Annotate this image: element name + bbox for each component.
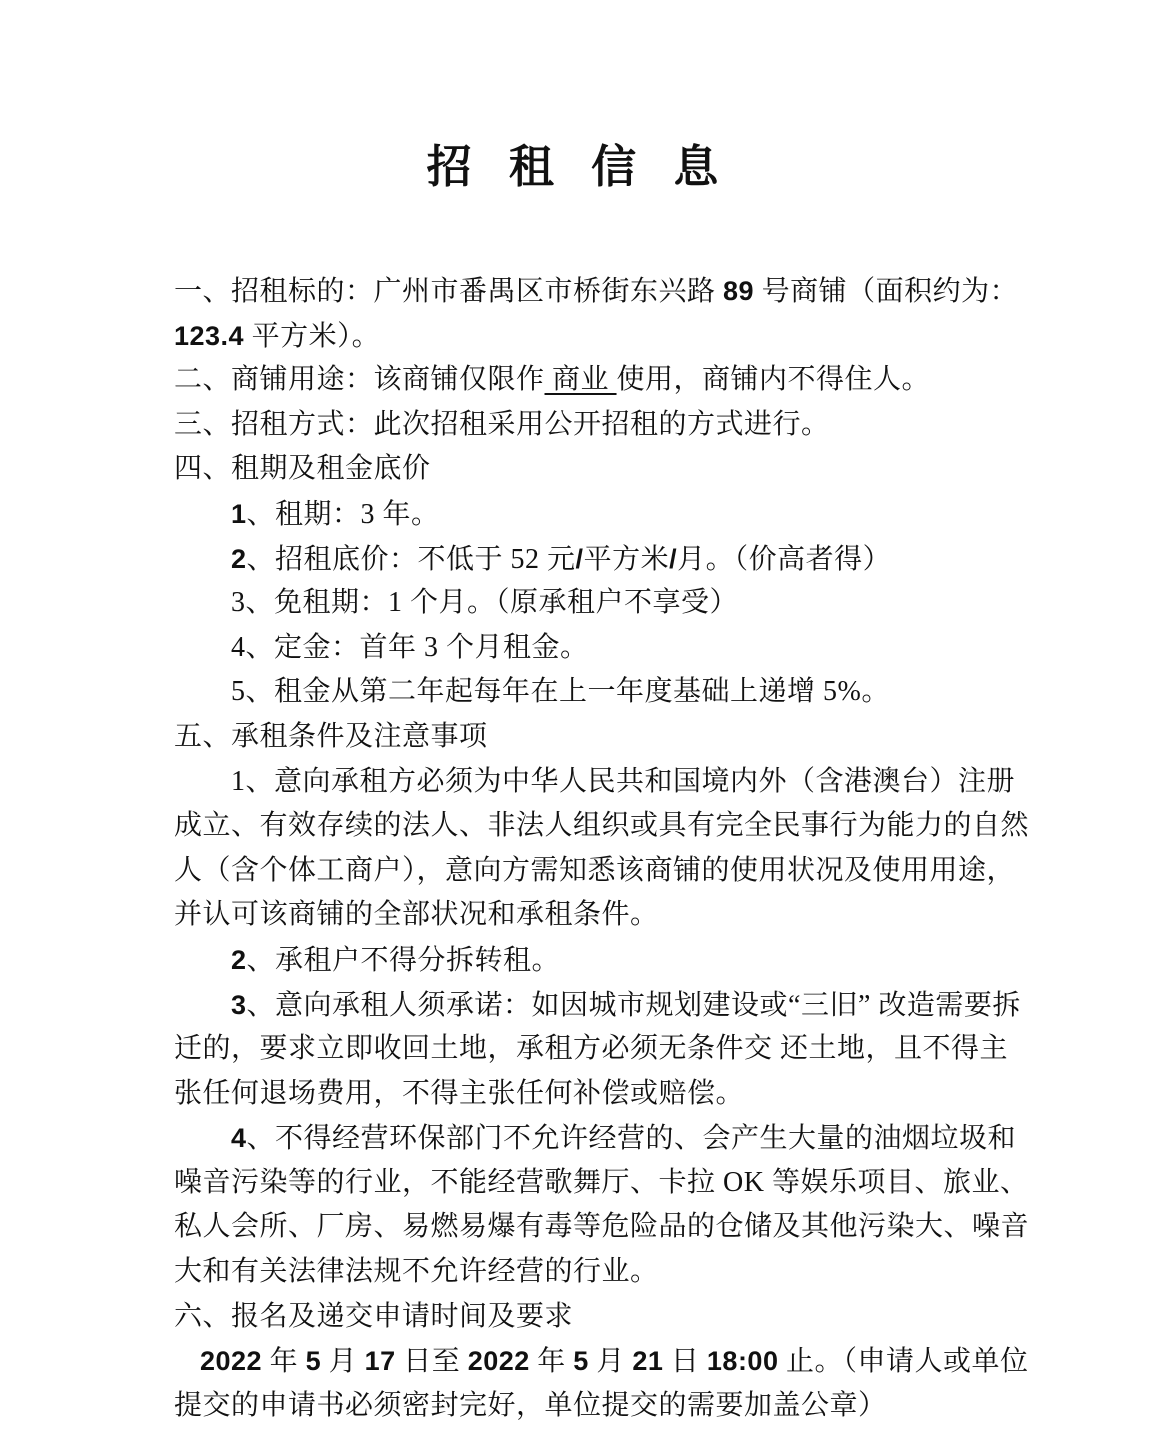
text-segment: 、租期：3 年。: [247, 499, 440, 530]
text-line: 1、意向承租方必须为中华人民共和国境内外（含港澳台）注册: [174, 760, 1012, 805]
text-line: 六、报名及递交申请时间及要求: [174, 1295, 1012, 1340]
text-segment: 5、租金从第二年起每年在上一年度基础上递增 5%。: [231, 676, 890, 707]
text-segment: 3、免租期：1 个月。（原承租户不享受）: [231, 587, 738, 618]
text-segment: 月: [589, 1346, 633, 1377]
text-line: 二、商铺用途：该商铺仅限作 商业 使用，商铺内不得住人。: [174, 358, 1012, 403]
text-segment: 迁的，要求立即收回土地，承租方必须无条件交 还土地，且不得主: [174, 1033, 1008, 1064]
text-segment: 月: [321, 1346, 365, 1377]
text-segment: 三、招租方式：此次招租采用公开招租的方式进行。: [174, 409, 830, 440]
text-line: 人（含个体工商户），意向方需知悉该商铺的使用状况及使用用途，: [174, 849, 1012, 894]
text-segment: 提交的申请书必须密封完好，单位提交的需要加盖公章）: [174, 1390, 887, 1421]
text-segment: 张任何退场费用，不得主张任何补偿或赔偿。: [174, 1078, 744, 1109]
text-line: 2、招租底价：不低于 52 元/平方米/月。（价高者得）: [174, 537, 1012, 582]
text-segment: 5: [573, 1346, 589, 1376]
text-line: 张任何退场费用，不得主张任何补偿或赔偿。: [174, 1072, 1012, 1117]
text-line: 五、承租条件及注意事项: [174, 715, 1012, 760]
text-segment: 一、招租标的：广州市番禺区市桥街东兴路: [174, 276, 723, 307]
text-segment: /: [669, 544, 677, 574]
document-page: 招 租 信 息 一、招租标的：广州市番禺区市桥街东兴路 89 号商铺（面积约为：…: [0, 0, 1158, 1429]
text-line: 一、招租标的：广州市番禺区市桥街东兴路 89 号商铺（面积约为：: [174, 269, 1012, 314]
text-line: 噪音污染等的行业，不能经营歌舞厅、卡拉 OK 等娱乐项目、旅业、: [174, 1161, 1012, 1206]
text-segment: 2022: [468, 1346, 530, 1376]
text-segment: 四、租期及租金底价: [174, 453, 431, 484]
text-segment: 2: [231, 544, 247, 574]
text-line: 4、定金：首年 3 个月租金。: [174, 626, 1012, 671]
text-segment: 2: [231, 945, 247, 975]
text-line: 并认可该商铺的全部状况和承租条件。: [174, 893, 1012, 938]
text-segment: 年: [530, 1346, 574, 1377]
text-segment: 3: [231, 990, 247, 1020]
text-line: 4、不得经营环保部门不允许经营的、会产生大量的油烟垃圾和: [174, 1116, 1012, 1161]
text-line: 2022 年 5 月 17 日至 2022 年 5 月 21 日 18:00 止…: [174, 1339, 1012, 1384]
text-segment: 、意向承租人须承诺：如因城市规划建设或“三旧” 改造需要拆: [247, 990, 1021, 1021]
document-title: 招 租 信 息: [0, 138, 1158, 196]
text-line: 提交的申请书必须密封完好，单位提交的需要加盖公章）: [174, 1384, 1012, 1429]
text-segment: 、承租户不得分拆转租。: [247, 945, 561, 976]
text-segment: 日: [663, 1346, 707, 1377]
text-segment: 号商铺（面积约为：: [754, 276, 1018, 307]
text-line: 四、租期及租金底价: [174, 447, 1012, 492]
text-line: 123.4 平方米）。: [174, 314, 1012, 359]
text-line: 3、意向承租人须承诺：如因城市规划建设或“三旧” 改造需要拆: [174, 983, 1012, 1028]
text-line: 3、免租期：1 个月。（原承租户不享受）: [174, 581, 1012, 626]
text-segment: 平方米: [584, 544, 670, 575]
document-body: 一、招租标的：广州市番禺区市桥街东兴路 89 号商铺（面积约为：123.4 平方…: [174, 269, 1012, 1428]
text-segment: 5: [306, 1346, 322, 1376]
text-line: 5、租金从第二年起每年在上一年度基础上递增 5%。: [174, 670, 1012, 715]
text-segment: 89: [723, 276, 754, 306]
text-line: 大和有关法律法规不允许经营的行业。: [174, 1250, 1012, 1295]
text-segment: 月。（价高者得）: [677, 544, 891, 575]
text-segment: 五、承租条件及注意事项: [174, 721, 488, 752]
text-segment: 17: [365, 1346, 396, 1376]
text-segment: 18:00: [707, 1346, 779, 1376]
text-line: 三、招租方式：此次招租采用公开招租的方式进行。: [174, 403, 1012, 448]
text-segment: 二、商铺用途：该商铺仅限作: [174, 364, 545, 395]
text-segment: 人（含个体工商户），意向方需知悉该商铺的使用状况及使用用途，: [174, 855, 1015, 886]
text-segment: 私人会所、厂房、易燃易爆有毒等危险品的仓储及其他污染大、噪音: [174, 1211, 1029, 1242]
text-segment: 、招租底价：不低于 52 元: [247, 544, 576, 575]
text-segment: 大和有关法律法规不允许经营的行业。: [174, 1256, 659, 1287]
text-segment: 1、意向承租方必须为中华人民共和国境内外（含港澳台）注册: [231, 766, 1015, 797]
text-segment: 日至: [396, 1346, 468, 1377]
text-line: 2、承租户不得分拆转租。: [174, 938, 1012, 983]
text-segment: 123.4: [174, 321, 244, 351]
text-segment: 4、定金：首年 3 个月租金。: [231, 632, 589, 663]
text-segment: 并认可该商铺的全部状况和承租条件。: [174, 899, 659, 930]
text-line: 成立、有效存续的法人、非法人组织或具有完全民事行为能力的自然: [174, 804, 1012, 849]
text-segment: 成立、有效存续的法人、非法人组织或具有完全民事行为能力的自然: [174, 810, 1029, 841]
text-segment: 使用，商铺内不得住人。: [617, 364, 931, 395]
text-segment: /: [576, 544, 584, 574]
text-segment: 21: [632, 1346, 663, 1376]
text-segment: 六、报名及递交申请时间及要求: [174, 1301, 573, 1332]
text-segment: 年: [262, 1346, 306, 1377]
text-line: 迁的，要求立即收回土地，承租方必须无条件交 还土地，且不得主: [174, 1027, 1012, 1072]
text-segment: 噪音污染等的行业，不能经营歌舞厅、卡拉 OK 等娱乐项目、旅业、: [174, 1167, 1028, 1198]
text-segment: 止。（申请人或单位: [778, 1346, 1028, 1377]
text-line: 1、租期：3 年。: [174, 492, 1012, 537]
text-segment: 4: [231, 1123, 247, 1153]
text-segment: 平方米）。: [244, 321, 380, 352]
text-segment: 1: [231, 499, 247, 529]
underlined-text: 商业: [545, 364, 617, 395]
text-segment: 、不得经营环保部门不允许经营的、会产生大量的油烟垃圾和: [247, 1123, 1017, 1154]
text-segment: 2022: [200, 1346, 262, 1376]
text-line: 私人会所、厂房、易燃易爆有毒等危险品的仓储及其他污染大、噪音: [174, 1205, 1012, 1250]
